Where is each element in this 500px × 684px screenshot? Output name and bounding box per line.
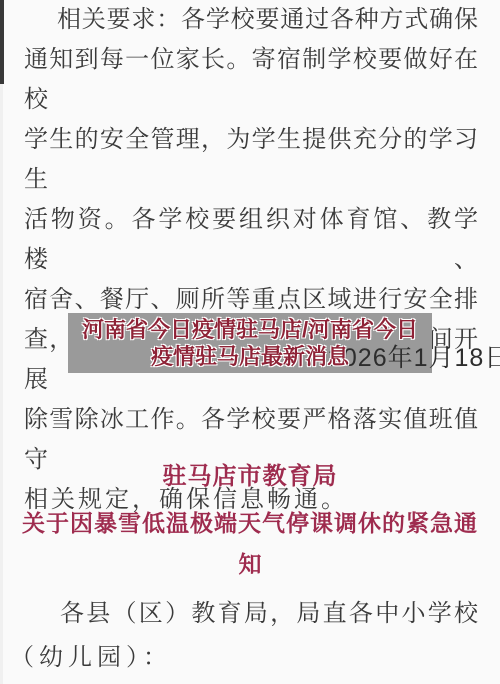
paragraph-line: 相关要求：各学校要通过各种方式确保	[24, 0, 478, 40]
notice-title-line: 知	[0, 546, 500, 579]
salutation-line: （幼儿园）：	[10, 638, 172, 678]
watermark-text-line: 疫情驻马店最新消息	[151, 343, 349, 370]
top-paragraph: 相关要求：各学校要通过各种方式确保 通知到每一位家长。寄宿制学校要做好在校 学生…	[24, 0, 478, 520]
paragraph-line: 学生的安全管理，为学生提供充分的学习生	[24, 120, 478, 200]
watermark-overlay: 河南省今日疫情驻马店/河南省今日 疫情驻马店最新消息	[68, 313, 432, 373]
left-edge-light-strip	[0, 0, 3, 684]
notice-title-line: 关于因暴雪低温极端天气停课调休的紧急通	[0, 505, 500, 538]
article-page: 相关要求：各学校要通过各种方式确保 通知到每一位家长。寄宿制学校要做好在校 学生…	[0, 0, 500, 684]
left-edge-dark-strip	[0, 0, 4, 84]
salutation-line: 各县（区）教育局，局直各中小学校	[24, 594, 478, 634]
watermark-text-line: 河南省今日疫情驻马店/河南省今日	[82, 316, 418, 343]
paragraph-line: 活物资。各学校要组织对体育馆、教学楼、	[24, 200, 478, 280]
notice-issuer: 驻马店市教育局	[0, 456, 500, 491]
paragraph-line: 通知到每一位家长。寄宿制学校要做好在校	[24, 40, 478, 120]
